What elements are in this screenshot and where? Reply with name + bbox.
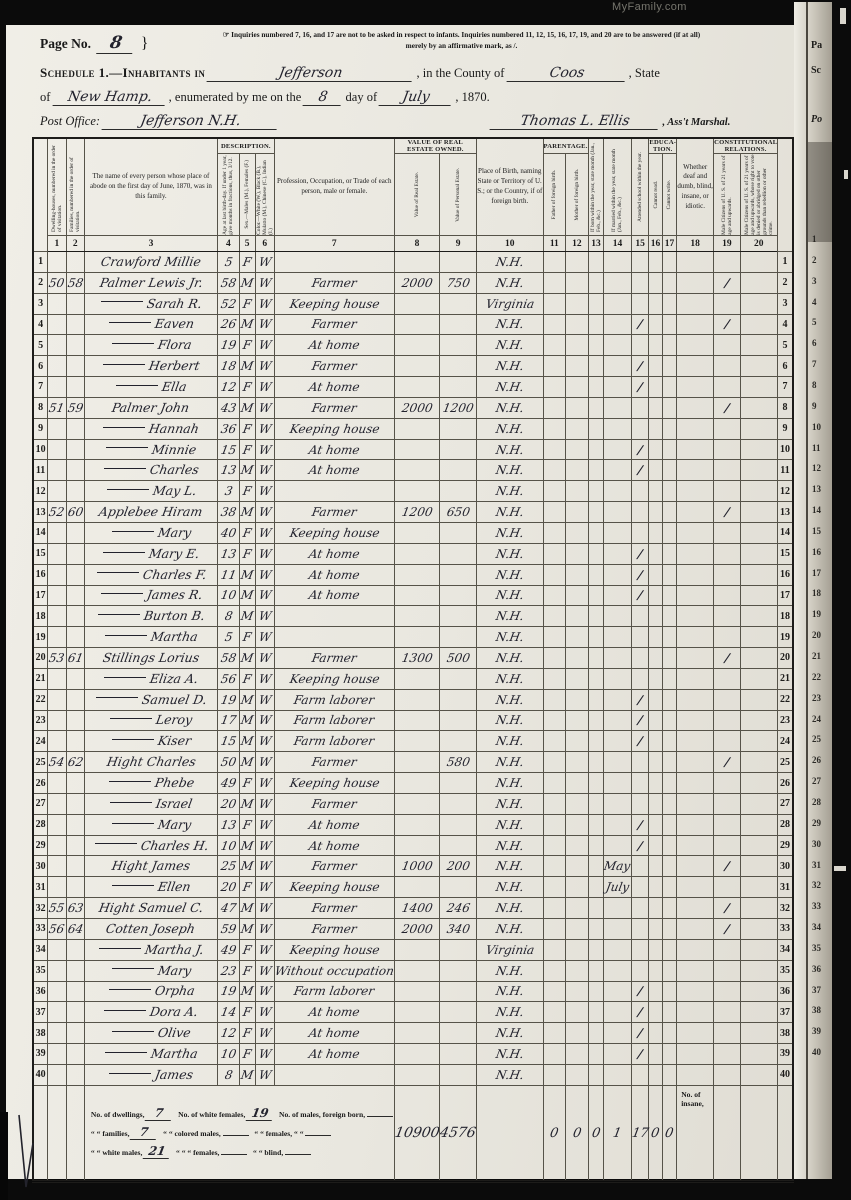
margin-checkmark bbox=[16, 1113, 38, 1193]
deaf-dumb-cell bbox=[677, 460, 714, 481]
age-cell: 20 bbox=[217, 793, 239, 814]
attended-school-cell bbox=[631, 773, 649, 794]
dwelling-number-cell bbox=[48, 981, 66, 1002]
vote-denied-cell bbox=[740, 1044, 778, 1065]
mother-foreign-cell bbox=[566, 1064, 589, 1085]
color-cell: W bbox=[255, 981, 274, 1002]
mother-foreign-cell bbox=[566, 731, 589, 752]
row-number-right: 16 bbox=[778, 564, 793, 585]
ditto-dash bbox=[112, 739, 154, 740]
next-page-row-number: 22 bbox=[812, 672, 821, 682]
row-number-right: 29 bbox=[778, 835, 793, 856]
male-citizen-cell bbox=[714, 564, 740, 585]
father-foreign-cell bbox=[543, 981, 566, 1002]
male-citizen-cell bbox=[714, 1023, 740, 1044]
census-table: Dwelling-houses, numbered in the order o… bbox=[32, 137, 794, 1183]
row-number-right: 17 bbox=[778, 585, 793, 606]
next-page-row-number: 38 bbox=[812, 1005, 821, 1015]
color-cell: W bbox=[255, 439, 274, 460]
col-header-11: Father of foreign birth. bbox=[543, 154, 566, 236]
next-page-row-number: 35 bbox=[812, 943, 821, 953]
family-number-cell bbox=[66, 981, 84, 1002]
mother-foreign-cell bbox=[566, 898, 589, 919]
born-month-cell bbox=[588, 460, 604, 481]
row-number-right: 10 bbox=[778, 439, 793, 460]
row-number-right: 27 bbox=[778, 793, 793, 814]
real-estate-cell: 2000 bbox=[394, 919, 440, 940]
birthplace-cell: N.H. bbox=[476, 752, 543, 773]
row-number-right: 4 bbox=[778, 314, 793, 335]
cannot-read-cell bbox=[649, 481, 662, 502]
row-number-left: 14 bbox=[33, 522, 48, 543]
father-foreign-cell bbox=[543, 606, 566, 627]
deaf-dumb-cell bbox=[677, 418, 714, 439]
cannot-write-cell bbox=[662, 397, 676, 418]
row-number-left: 18 bbox=[33, 606, 48, 627]
male-citizen-cell: / bbox=[714, 502, 740, 523]
birthplace-cell: N.H. bbox=[476, 522, 543, 543]
deaf-dumb-cell bbox=[677, 522, 714, 543]
cannot-write-cell bbox=[662, 731, 676, 752]
ditto-dash bbox=[109, 322, 151, 323]
father-foreign-cell bbox=[543, 731, 566, 752]
deaf-dumb-cell bbox=[677, 1023, 714, 1044]
age-cell: 3 bbox=[217, 481, 239, 502]
deaf-dumb-cell bbox=[677, 439, 714, 460]
col-number-2: 2 bbox=[66, 236, 84, 252]
male-citizen-cell bbox=[714, 606, 740, 627]
row-number-left: 12 bbox=[33, 481, 48, 502]
birthplace-cell: N.H. bbox=[476, 272, 543, 293]
cannot-read-cell bbox=[649, 543, 662, 564]
married-month-cell bbox=[604, 397, 632, 418]
sex-cell: F bbox=[239, 814, 255, 835]
family-number-cell bbox=[66, 314, 84, 335]
born-month-cell bbox=[588, 710, 604, 731]
birthplace-cell: N.H. bbox=[476, 356, 543, 377]
color-cell: W bbox=[255, 1002, 274, 1023]
vote-denied-cell bbox=[740, 1064, 778, 1085]
next-page-row-number: 18 bbox=[812, 588, 821, 598]
age-cell: 8 bbox=[217, 1064, 239, 1085]
row-number-right bbox=[778, 1085, 793, 1181]
row-number-left: 25 bbox=[33, 752, 48, 773]
instructions-line-2: merely by an affirmative mark, as /. bbox=[406, 41, 518, 50]
personal-estate-cell bbox=[440, 1044, 477, 1065]
next-page-row-number: 1 bbox=[812, 234, 817, 244]
vote-denied-cell bbox=[740, 731, 778, 752]
ditto-dash bbox=[106, 447, 148, 448]
mother-foreign-cell bbox=[566, 752, 589, 773]
real-estate-cell bbox=[394, 960, 440, 981]
dwelling-number-cell: 53 bbox=[48, 648, 66, 669]
attended-school-cell: / bbox=[631, 460, 649, 481]
schedule-line: Schedule 1.—Inhabitants in Jefferson , i… bbox=[40, 65, 780, 82]
male-citizen-cell: / bbox=[714, 397, 740, 418]
attended-school-cell: / bbox=[631, 981, 649, 1002]
personal-estate-cell bbox=[440, 460, 477, 481]
sex-cell: F bbox=[239, 1023, 255, 1044]
cannot-read-cell bbox=[649, 1023, 662, 1044]
attended-school-cell: / bbox=[631, 1002, 649, 1023]
next-page-row-number: 33 bbox=[812, 901, 821, 911]
col-header-14: If married within the year, state month … bbox=[604, 138, 632, 236]
table-row: 24Kiser15MWFarm laborerN.H./24 bbox=[33, 731, 793, 752]
father-foreign-cell bbox=[543, 522, 566, 543]
personal-estate-cell: 650 bbox=[440, 502, 477, 523]
next-page-row-number: 23 bbox=[812, 693, 821, 703]
age-cell: 11 bbox=[217, 564, 239, 585]
family-number-cell bbox=[66, 668, 84, 689]
age-cell: 13 bbox=[217, 814, 239, 835]
married-month-cell bbox=[604, 981, 632, 1002]
vote-denied-cell bbox=[740, 481, 778, 502]
born-month-cell bbox=[588, 439, 604, 460]
occupation-cell bbox=[274, 1064, 394, 1085]
ditto-dash bbox=[112, 531, 154, 532]
father-foreign-cell bbox=[543, 689, 566, 710]
attended-school-cell bbox=[631, 272, 649, 293]
father-foreign-cell bbox=[543, 293, 566, 314]
sex-cell: F bbox=[239, 1044, 255, 1065]
color-cell: W bbox=[255, 1064, 274, 1085]
deaf-dumb-cell bbox=[677, 856, 714, 877]
row-number-right: 20 bbox=[778, 648, 793, 669]
person-name-cell: Flora bbox=[84, 335, 217, 356]
male-citizen-cell: / bbox=[714, 314, 740, 335]
dwelling-number-cell bbox=[48, 627, 66, 648]
male-citizen-cell: / bbox=[714, 919, 740, 940]
tick-total-col-15: 17 bbox=[631, 1085, 649, 1181]
person-name-cell: Minnie bbox=[84, 439, 217, 460]
sex-cell: M bbox=[239, 981, 255, 1002]
total-personal-estate: 4576 bbox=[440, 1085, 477, 1181]
age-cell: 8 bbox=[217, 606, 239, 627]
father-foreign-cell bbox=[543, 1044, 566, 1065]
dwelling-number-cell bbox=[48, 856, 66, 877]
mother-foreign-cell bbox=[566, 418, 589, 439]
cannot-write-cell bbox=[662, 627, 676, 648]
tick-total-col-12: 0 bbox=[566, 1085, 589, 1181]
born-month-cell bbox=[588, 939, 604, 960]
color-cell: W bbox=[255, 793, 274, 814]
deaf-dumb-cell bbox=[677, 293, 714, 314]
post-office-line: Post Office: Jefferson N.H. Thomas L. El… bbox=[40, 113, 780, 130]
col-number-7: 7 bbox=[274, 236, 394, 252]
statistics-line: “ “ families, 7 “ “ colored males, “ “ f… bbox=[91, 1125, 394, 1140]
age-cell: 5 bbox=[217, 252, 239, 273]
mother-foreign-cell bbox=[566, 460, 589, 481]
mother-foreign-cell bbox=[566, 627, 589, 648]
row-number-left: 6 bbox=[33, 356, 48, 377]
sex-cell: F bbox=[239, 773, 255, 794]
col-header-4: Age at last birth-day. If under 1 year, … bbox=[217, 154, 239, 236]
table-row: 205361Stillings Lorius58MWFarmer1300500N… bbox=[33, 648, 793, 669]
father-foreign-cell bbox=[543, 543, 566, 564]
next-page-row-number: 16 bbox=[812, 547, 821, 557]
age-cell: 10 bbox=[217, 585, 239, 606]
real-estate-cell bbox=[394, 1044, 440, 1065]
cannot-write-cell bbox=[662, 835, 676, 856]
dwelling-number-cell bbox=[48, 314, 66, 335]
table-row: 37Dora A.14FWAt homeN.H./37 bbox=[33, 1002, 793, 1023]
row-number-left: 27 bbox=[33, 793, 48, 814]
married-month-cell bbox=[604, 648, 632, 669]
birthplace-cell: N.H. bbox=[476, 1023, 543, 1044]
father-foreign-cell bbox=[543, 898, 566, 919]
person-name-cell: Leroy bbox=[84, 710, 217, 731]
dwelling-number-cell: 52 bbox=[48, 502, 66, 523]
birthplace-cell: N.H. bbox=[476, 710, 543, 731]
col-number-14: 14 bbox=[604, 236, 632, 252]
row-number-left: 3 bbox=[33, 293, 48, 314]
age-cell: 47 bbox=[217, 898, 239, 919]
deaf-dumb-cell bbox=[677, 835, 714, 856]
family-number-cell bbox=[66, 1002, 84, 1023]
row-number-right: 32 bbox=[778, 898, 793, 919]
cannot-write-cell bbox=[662, 773, 676, 794]
color-cell: W bbox=[255, 252, 274, 273]
color-cell: W bbox=[255, 856, 274, 877]
real-estate-cell bbox=[394, 710, 440, 731]
family-number-cell: 62 bbox=[66, 752, 84, 773]
ditto-dash bbox=[109, 781, 151, 782]
married-month-cell bbox=[604, 356, 632, 377]
dwelling-number-cell bbox=[48, 356, 66, 377]
father-foreign-cell bbox=[543, 502, 566, 523]
row-number-left: 33 bbox=[33, 919, 48, 940]
dwelling-number-cell bbox=[48, 773, 66, 794]
table-row: 135260Applebee Hiram38MWFarmer1200650N.H… bbox=[33, 502, 793, 523]
ditto-dash bbox=[98, 614, 140, 615]
col-header-17: Cannot write. bbox=[662, 154, 676, 236]
father-foreign-cell bbox=[543, 960, 566, 981]
vote-denied-cell bbox=[740, 752, 778, 773]
table-row: 25058Palmer Lewis Jr.58MWFarmer2000750N.… bbox=[33, 272, 793, 293]
sex-cell: M bbox=[239, 731, 255, 752]
deaf-dumb-cell bbox=[677, 814, 714, 835]
row-number-gutter bbox=[778, 138, 793, 252]
col-number-4: 4 bbox=[217, 236, 239, 252]
birthplace-cell: N.H. bbox=[476, 1064, 543, 1085]
color-cell: W bbox=[255, 960, 274, 981]
cannot-read-cell bbox=[649, 439, 662, 460]
sex-cell: F bbox=[239, 293, 255, 314]
personal-estate-cell: 500 bbox=[440, 648, 477, 669]
col-header-18: Whether deaf and dumb, blind, insane, or… bbox=[677, 138, 714, 236]
row-number-left: 37 bbox=[33, 1002, 48, 1023]
born-month-cell bbox=[588, 898, 604, 919]
occupation-cell: At home bbox=[274, 377, 394, 398]
col-number-12: 12 bbox=[566, 236, 589, 252]
color-cell: W bbox=[255, 335, 274, 356]
male-citizen-cell bbox=[714, 773, 740, 794]
mother-foreign-cell bbox=[566, 668, 589, 689]
married-month-cell bbox=[604, 939, 632, 960]
cannot-read-cell bbox=[649, 606, 662, 627]
real-estate-cell bbox=[394, 418, 440, 439]
row-number-left: 21 bbox=[33, 668, 48, 689]
married-month-cell bbox=[604, 835, 632, 856]
ditto-dash bbox=[104, 468, 146, 469]
dwelling-number-cell bbox=[48, 668, 66, 689]
born-month-cell bbox=[588, 1044, 604, 1065]
year-label: , 1870. bbox=[455, 90, 489, 104]
table-row: 9Hannah36FWKeeping houseN.H.9 bbox=[33, 418, 793, 439]
cannot-write-cell bbox=[662, 564, 676, 585]
family-number-cell bbox=[66, 710, 84, 731]
birthplace-cell: Virginia bbox=[476, 939, 543, 960]
occupation-cell: Farm laborer bbox=[274, 981, 394, 1002]
occupation-cell: Farmer bbox=[274, 919, 394, 940]
age-cell: 49 bbox=[217, 773, 239, 794]
birthplace-cell: N.H. bbox=[476, 377, 543, 398]
birthplace-cell: N.H. bbox=[476, 960, 543, 981]
father-foreign-cell bbox=[543, 564, 566, 585]
born-month-cell bbox=[588, 731, 604, 752]
color-cell: W bbox=[255, 1044, 274, 1065]
sex-cell: F bbox=[239, 960, 255, 981]
male-citizen-cell bbox=[714, 668, 740, 689]
row-number-left: 24 bbox=[33, 731, 48, 752]
vote-denied-cell bbox=[740, 522, 778, 543]
vote-denied-cell bbox=[740, 1002, 778, 1023]
instructions-line-1: ☞ Inquiries numbered 7, 16, and 17 are n… bbox=[223, 30, 700, 39]
occupation-cell: At home bbox=[274, 1023, 394, 1044]
color-cell: W bbox=[255, 1023, 274, 1044]
scan-smudge bbox=[808, 142, 832, 242]
occupation-cell: Keeping house bbox=[274, 773, 394, 794]
occupation-cell: At home bbox=[274, 439, 394, 460]
color-cell: W bbox=[255, 668, 274, 689]
row-number-right: 39 bbox=[778, 1044, 793, 1065]
vote-denied-cell bbox=[740, 314, 778, 335]
dwelling-number-cell: 56 bbox=[48, 919, 66, 940]
occupation-cell: At home bbox=[274, 335, 394, 356]
male-citizen-cell bbox=[714, 731, 740, 752]
real-estate-cell bbox=[394, 814, 440, 835]
row-number-right: 15 bbox=[778, 543, 793, 564]
ditto-dash bbox=[112, 885, 154, 886]
row-number-right: 40 bbox=[778, 1064, 793, 1085]
married-month-cell bbox=[604, 731, 632, 752]
real-estate-cell bbox=[394, 439, 440, 460]
personal-estate-cell bbox=[440, 252, 477, 273]
father-foreign-cell bbox=[543, 814, 566, 835]
vote-denied-cell bbox=[740, 272, 778, 293]
vote-denied-cell bbox=[740, 793, 778, 814]
person-name-cell: Herbert bbox=[84, 356, 217, 377]
dwelling-number-cell bbox=[48, 731, 66, 752]
cannot-read-cell bbox=[649, 793, 662, 814]
deaf-dumb-cell bbox=[677, 606, 714, 627]
married-month-cell bbox=[604, 502, 632, 523]
personal-estate-cell bbox=[440, 314, 477, 335]
next-page-row-number: 24 bbox=[812, 714, 821, 724]
person-name-cell: Charles F. bbox=[84, 564, 217, 585]
family-number-cell bbox=[66, 418, 84, 439]
dwelling-number-cell bbox=[48, 1044, 66, 1065]
table-row: 3Sarah R.52FWKeeping houseVirginia3 bbox=[33, 293, 793, 314]
deaf-dumb-cell bbox=[677, 1002, 714, 1023]
col-header-6: Color.—White (W.), Black (B.), Mulatto (… bbox=[255, 154, 274, 236]
mother-foreign-cell bbox=[566, 397, 589, 418]
male-citizen-cell bbox=[714, 814, 740, 835]
row-number-right: 24 bbox=[778, 731, 793, 752]
col-number-15: 15 bbox=[631, 236, 649, 252]
cannot-read-cell bbox=[649, 960, 662, 981]
occupation-cell: Farmer bbox=[274, 752, 394, 773]
family-number-cell bbox=[66, 773, 84, 794]
color-cell: W bbox=[255, 356, 274, 377]
row-number-right: 12 bbox=[778, 481, 793, 502]
sex-cell: M bbox=[239, 564, 255, 585]
age-cell: 49 bbox=[217, 939, 239, 960]
age-cell: 43 bbox=[217, 397, 239, 418]
deaf-dumb-cell bbox=[677, 1044, 714, 1065]
person-name-cell: Mary bbox=[84, 814, 217, 835]
next-page-row-number: 11 bbox=[812, 443, 821, 453]
ditto-dash bbox=[112, 823, 154, 824]
mother-foreign-cell bbox=[566, 960, 589, 981]
brace-glyph: } bbox=[141, 35, 149, 52]
col-number-18: 18 bbox=[677, 236, 714, 252]
married-month-cell bbox=[604, 522, 632, 543]
row-number-left: 36 bbox=[33, 981, 48, 1002]
col-header-8: Value of Real Estate. bbox=[394, 154, 440, 236]
personal-estate-cell bbox=[440, 668, 477, 689]
family-number-cell bbox=[66, 689, 84, 710]
attended-school-cell: / bbox=[631, 377, 649, 398]
vote-denied-cell bbox=[740, 814, 778, 835]
row-number-right: 28 bbox=[778, 814, 793, 835]
birthplace-cell: N.H. bbox=[476, 835, 543, 856]
father-foreign-cell bbox=[543, 668, 566, 689]
person-name-cell: Ellen bbox=[84, 877, 217, 898]
father-foreign-cell bbox=[543, 919, 566, 940]
scanned-census-page: MyFamily.com Page No. 8 } ☞ Inquiries nu… bbox=[0, 0, 851, 1200]
male-citizen-cell bbox=[714, 418, 740, 439]
age-cell: 40 bbox=[217, 522, 239, 543]
attended-school-cell bbox=[631, 293, 649, 314]
male-citizen-cell bbox=[714, 439, 740, 460]
color-cell: W bbox=[255, 522, 274, 543]
color-cell: W bbox=[255, 585, 274, 606]
table-row: 12May L.3FWN.H.12 bbox=[33, 481, 793, 502]
attended-school-cell: / bbox=[631, 731, 649, 752]
male-citizen-cell bbox=[714, 981, 740, 1002]
born-month-cell bbox=[588, 627, 604, 648]
form-instructions: ☞ Inquiries numbered 7, 16, and 17 are n… bbox=[174, 30, 749, 51]
personal-estate-cell: 750 bbox=[440, 272, 477, 293]
birthplace-cell: N.H. bbox=[476, 793, 543, 814]
deaf-dumb-cell bbox=[677, 377, 714, 398]
mother-foreign-cell bbox=[566, 835, 589, 856]
vote-denied-cell bbox=[740, 377, 778, 398]
personal-estate-cell bbox=[440, 793, 477, 814]
cannot-read-cell bbox=[649, 1044, 662, 1065]
attended-school-cell bbox=[631, 877, 649, 898]
row-number-left: 20 bbox=[33, 648, 48, 669]
cannot-write-cell bbox=[662, 335, 676, 356]
row-number-right: 25 bbox=[778, 752, 793, 773]
real-estate-cell bbox=[394, 522, 440, 543]
deaf-dumb-cell bbox=[677, 397, 714, 418]
cannot-write-cell bbox=[662, 293, 676, 314]
family-number-cell bbox=[66, 293, 84, 314]
color-cell: W bbox=[255, 627, 274, 648]
mother-foreign-cell bbox=[566, 481, 589, 502]
